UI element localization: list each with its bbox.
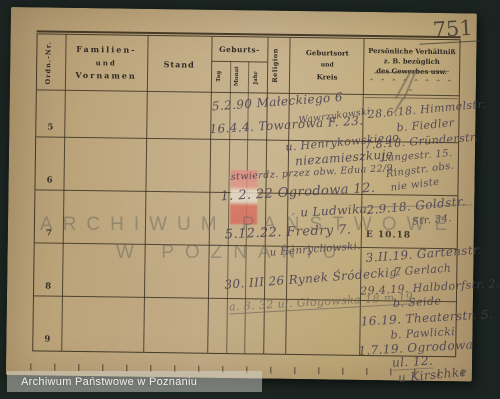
row-number-5: 5 bbox=[40, 122, 60, 132]
header-geburtsort-kreis: Geburtsort und Kreis bbox=[291, 47, 363, 84]
document-paper: 751 Ordn.-Nr. Familien- und V bbox=[6, 7, 477, 381]
header-monat: Monat bbox=[234, 63, 240, 90]
row-number-6: 6 bbox=[40, 175, 60, 185]
header-ordn-nr: Ordn.-Nr. bbox=[44, 40, 53, 84]
table-top-rule bbox=[37, 30, 461, 38]
header-jahr: Jahr bbox=[253, 64, 259, 90]
header-geburts: Geburts- bbox=[213, 45, 265, 55]
header-religion: Religion bbox=[271, 43, 280, 89]
grid-line bbox=[207, 37, 212, 353]
header-familien-vornamen: Familien- und Vornamen bbox=[67, 43, 146, 83]
header-persoenliche-verhaeltnis: Persönliche Verhältniß z. B. bezüglich d… bbox=[365, 46, 459, 99]
grid-line bbox=[359, 39, 364, 355]
handwriting-entry: b. Seide bbox=[393, 294, 442, 310]
grid-line bbox=[61, 35, 66, 351]
header-stand: Stand bbox=[149, 59, 209, 70]
header-tag: Tag bbox=[216, 65, 222, 89]
row-number-9: 9 bbox=[37, 334, 57, 344]
photo-background: 751 Ordn.-Nr. Familien- und V bbox=[0, 0, 500, 399]
watermark-line2: W POZNANIU bbox=[116, 242, 347, 264]
grid-line bbox=[143, 36, 148, 352]
archive-footer-band: Archiwum Państwowe w Poznaniu bbox=[7, 371, 262, 392]
watermark-line1: ARCHIWUM PAŃSTWOWE bbox=[40, 214, 457, 236]
archive-footer-label: Archiwum Państwowe w Poznaniu bbox=[7, 376, 197, 388]
row-number-8: 8 bbox=[38, 281, 58, 291]
